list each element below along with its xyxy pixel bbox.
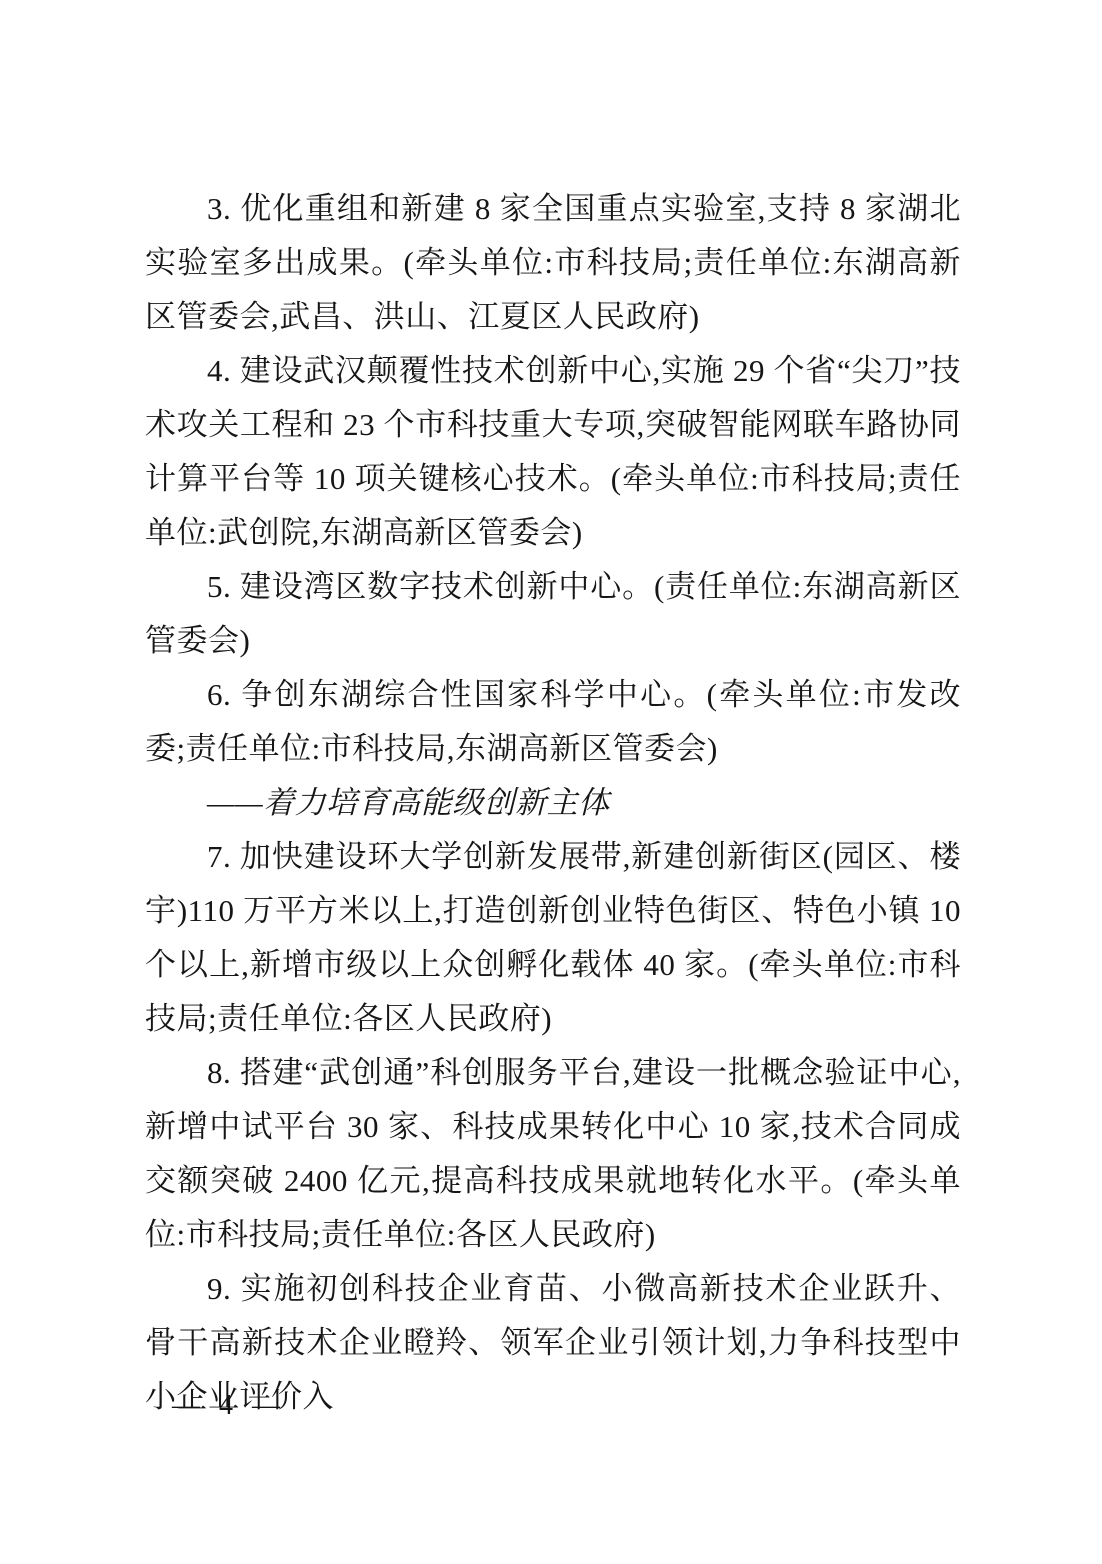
paragraph-item-5: 5. 建设湾区数字技术创新中心。(责任单位:东湖高新区管委会) <box>145 560 961 668</box>
paragraph-item-6: 6. 争创东湖综合性国家科学中心。(牵头单位:市发改委;责任单位:市科技局,东湖… <box>145 668 961 776</box>
document-body: 3. 优化重组和新建 8 家全国重点实验室,支持 8 家湖北实验室多出成果。(牵… <box>145 182 961 1424</box>
paragraph-item-8: 8. 搭建“武创通”科创服务平台,建设一批概念验证中心,新增中试平台 30 家、… <box>145 1046 961 1262</box>
paragraph-item-3: 3. 优化重组和新建 8 家全国重点实验室,支持 8 家湖北实验室多出成果。(牵… <box>145 182 961 344</box>
paragraph-item-4: 4. 建设武汉颠覆性技术创新中心,实施 29 个省“尖刀”技术攻关工程和 23 … <box>145 344 961 560</box>
document-page: 3. 优化重组和新建 8 家全国重点实验室,支持 8 家湖北实验室多出成果。(牵… <box>0 0 1102 1564</box>
section-heading-cultivate-innovation-entities: ——着力培育高能级创新主体 <box>145 776 961 830</box>
page-footer: — 4 — <box>172 1390 286 1422</box>
page-number: — 4 — <box>172 1390 286 1421</box>
paragraph-item-7: 7. 加快建设环大学创新发展带,新建创新街区(园区、楼宇)110 万平方米以上,… <box>145 830 961 1046</box>
